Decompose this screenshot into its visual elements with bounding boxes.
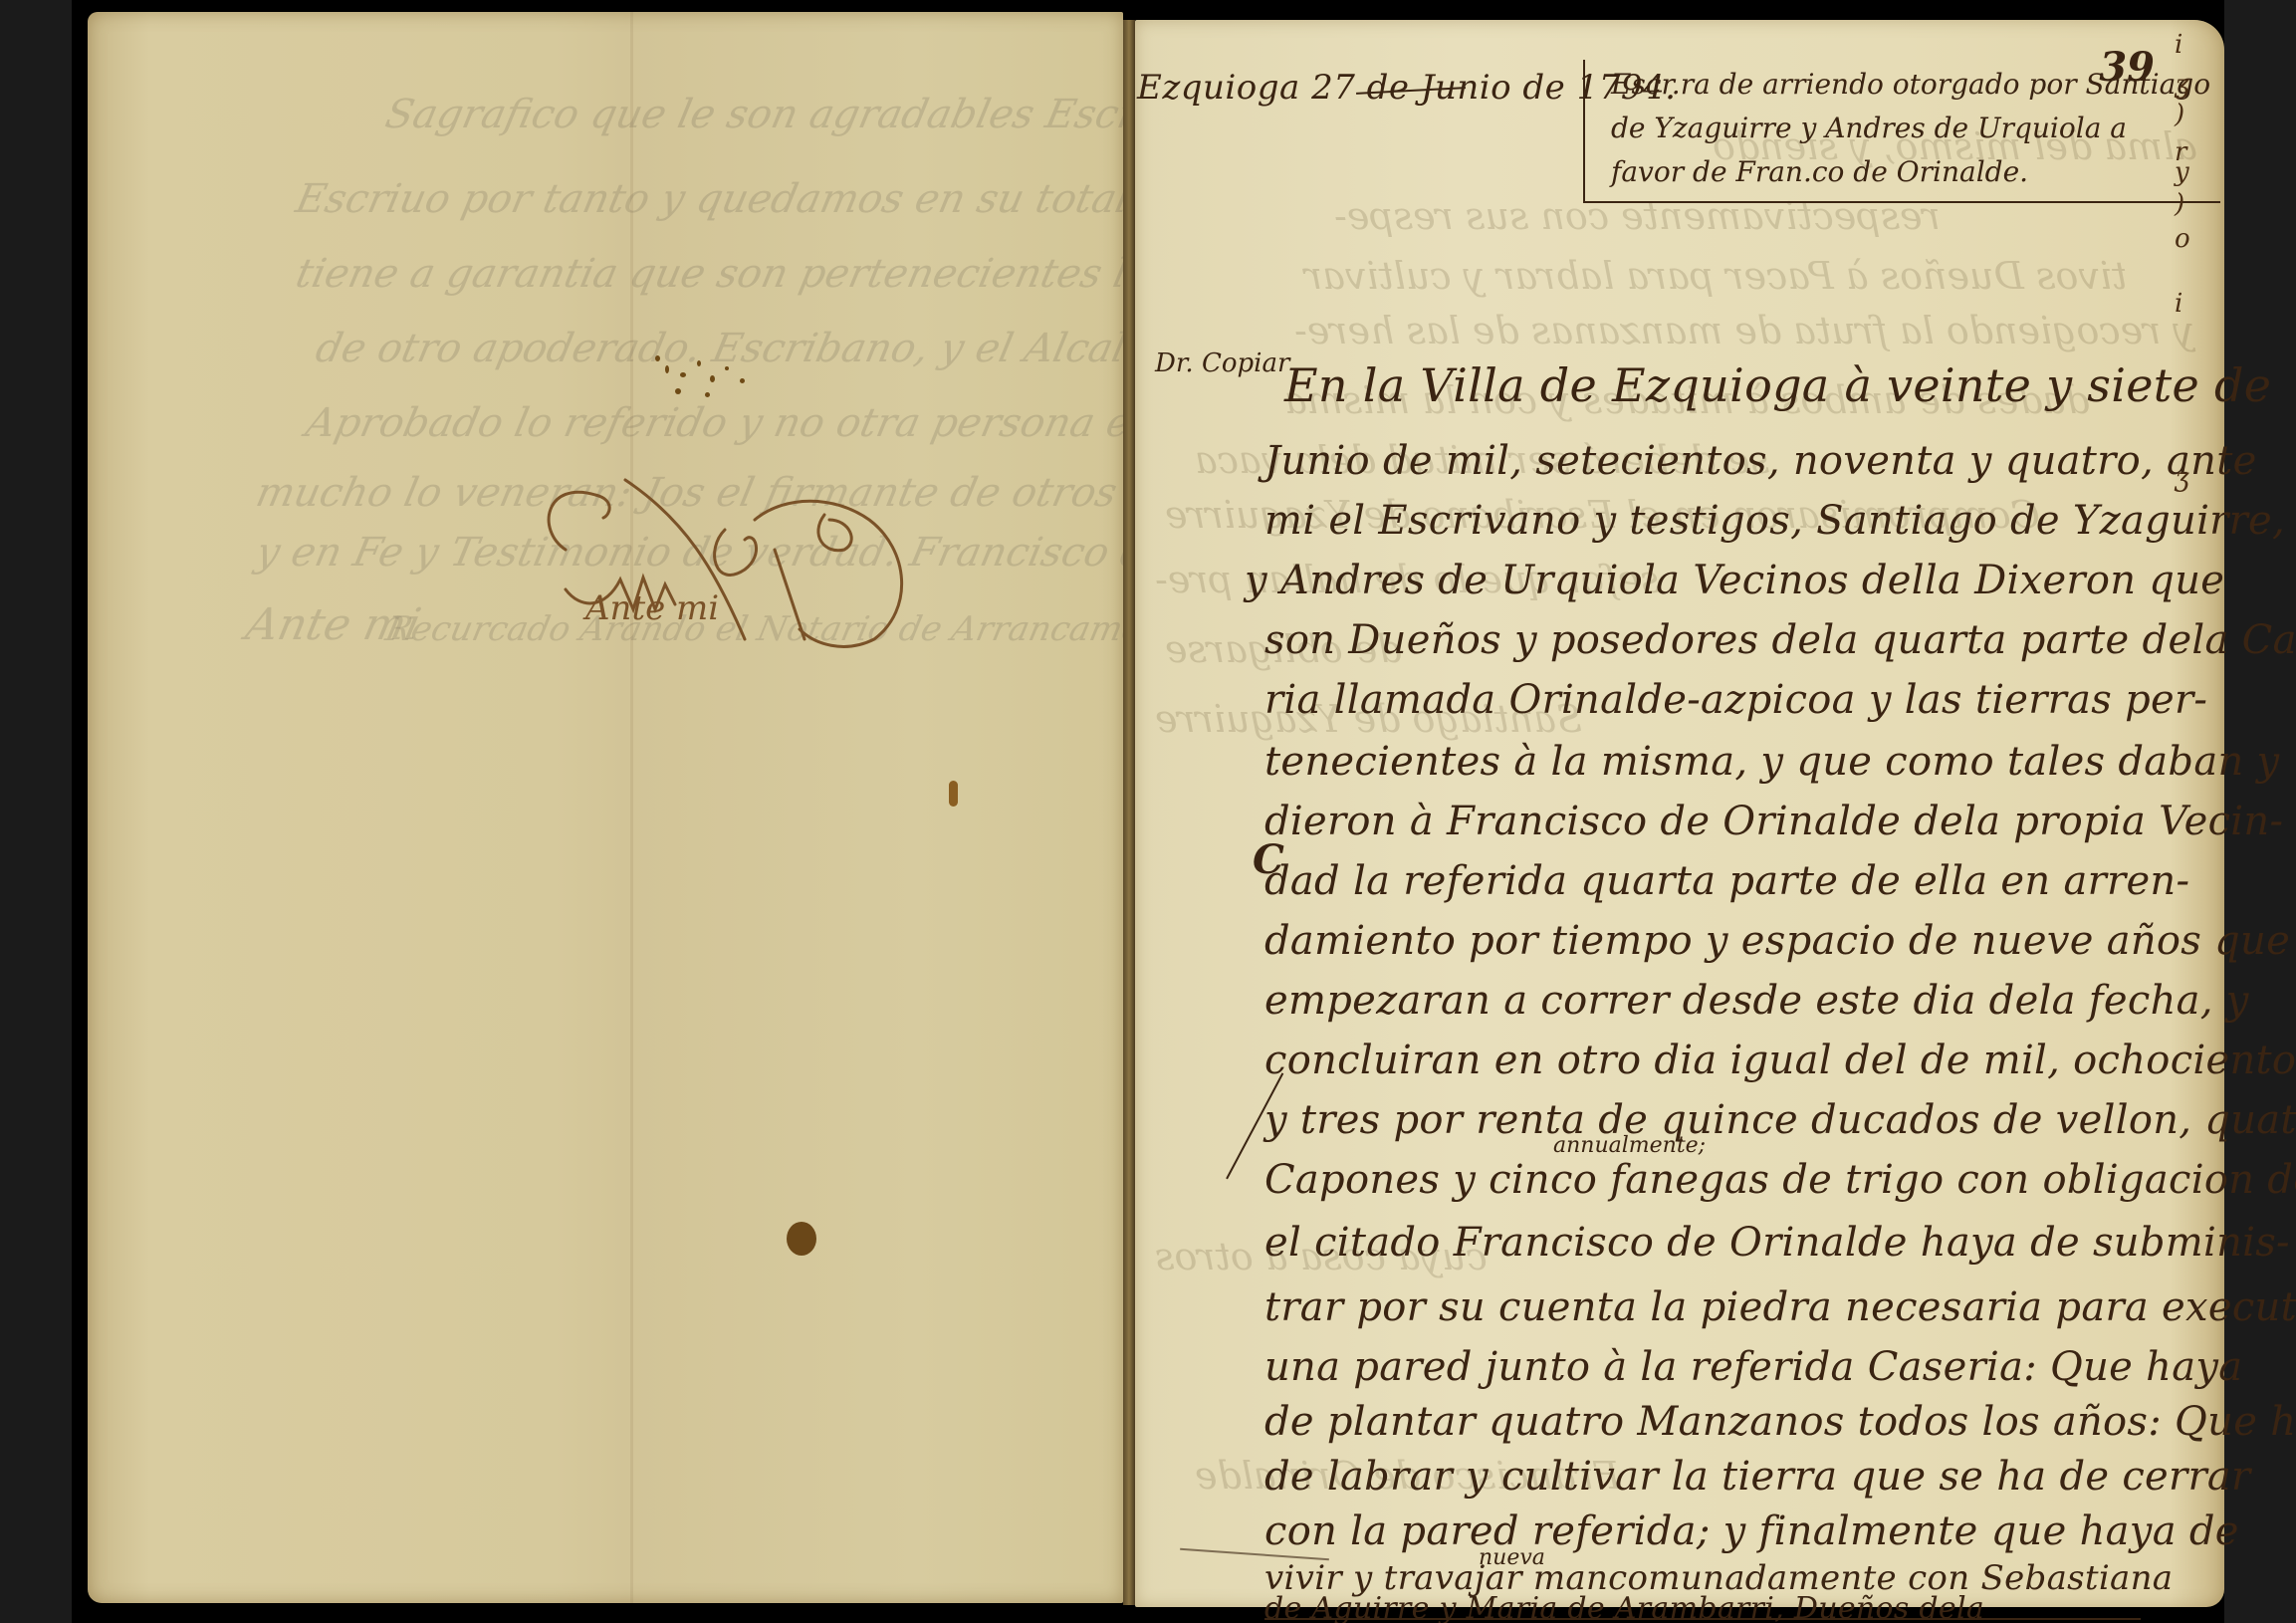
body-line: de plantar quatro Manzanos todos los año… [1264,1399,2296,1445]
body-line: empezaran a correr desde este dia dela f… [1264,978,2249,1024]
bleed-through-line: y recogiendo la fruta de manzanas de las… [1294,309,2194,352]
summary-line: Escr.ra de arriendo otorgado por Santiag… [1611,68,2210,101]
interlinear-insertion: annualmente; [1553,1133,1706,1158]
body-line: ria llamada Orinalde-azpicoa y las tierr… [1264,677,2207,723]
ink-speck [710,375,715,382]
ink-speck [725,366,729,370]
book-gutter [1123,20,1135,1605]
margin-mark: ʒ [2175,70,2189,100]
body-line: trar por su cuenta la piedra necesaria p… [1264,1284,2296,1330]
body-line: Junio de mil, setecientos, noventa y qua… [1264,438,2257,484]
margin-mark: ʒ [2175,463,2189,493]
right-page: alma del mismo, y siendo respectivamente… [1135,20,2224,1607]
margin-mark: ) [2175,189,2184,219]
body-line: una pared junto à la referida Caseria: Q… [1264,1344,2242,1390]
stain-mark [949,781,958,807]
margin-mark: i [2175,30,2182,60]
scan-border-left [0,0,72,1623]
ink-speck [675,388,681,394]
margin-mark: i [2175,289,2182,319]
stain-spot [787,1222,816,1256]
left-page: Sagrafico que le son agradables Escriban… [88,12,1123,1603]
body-line: En la Villa de Ezquioga à veinte y siete… [1284,358,2271,412]
signature-rubric-icon: Ante mi [526,460,944,659]
body-line: son Dueños y posedores dela quarta parte… [1264,617,2296,663]
closing-underline [1264,1618,2141,1620]
body-line: el citado Francisco de Orinalde haya de … [1264,1220,2290,1266]
body-line: dieron à Francisco de Orinalde dela prop… [1264,799,2283,844]
body-line: damiento por tiempo y espacio de nueve a… [1264,918,2290,964]
bleed-through-line: tivos Dueños à Pacer para labrar y culti… [1304,254,2127,298]
ink-speck [705,392,710,397]
body-line: concluiran en otro dia igual del de mil,… [1264,1038,2296,1083]
document-summary-box: Escr.ra de arriendo otorgado por Santiag… [1583,60,2182,203]
body-line: y tres por renta de quince ducados de ve… [1264,1097,2296,1143]
ink-speck [655,355,660,361]
margin-note: Dr. Copiar [1155,348,1289,378]
ink-speck [665,365,669,373]
summary-rule [2181,201,2220,203]
ink-speck [680,372,686,377]
body-line: mi el Escrivano y testigos, Santiago de … [1264,498,2285,544]
summary-line: favor de Fran.co de Orinalde. [1611,155,2028,188]
body-line: y Andres de Urquiola Vecinos della Dixer… [1245,558,2224,603]
ink-speck [740,378,745,383]
margin-mark: ) [2175,100,2184,129]
body-line: Capones y cinco fanegas de trigo con obl… [1264,1157,2296,1203]
body-line: dad la referida quarta parte de ella en … [1264,858,2189,904]
body-line: de labrar y cultivar la tierra que se ha… [1264,1454,2250,1500]
body-line: tenecientes à la misma, y que como tales… [1264,739,2279,785]
summary-line: de Yzaguirre y Andres de Urquiola a [1611,112,2127,144]
body-line: con la pared referida; y finalmente que … [1264,1508,2239,1554]
svg-text:Ante mi: Ante mi [582,588,719,628]
margin-mark: o [2175,224,2190,254]
ink-speck [697,360,701,366]
margin-mark: y [2175,157,2189,187]
